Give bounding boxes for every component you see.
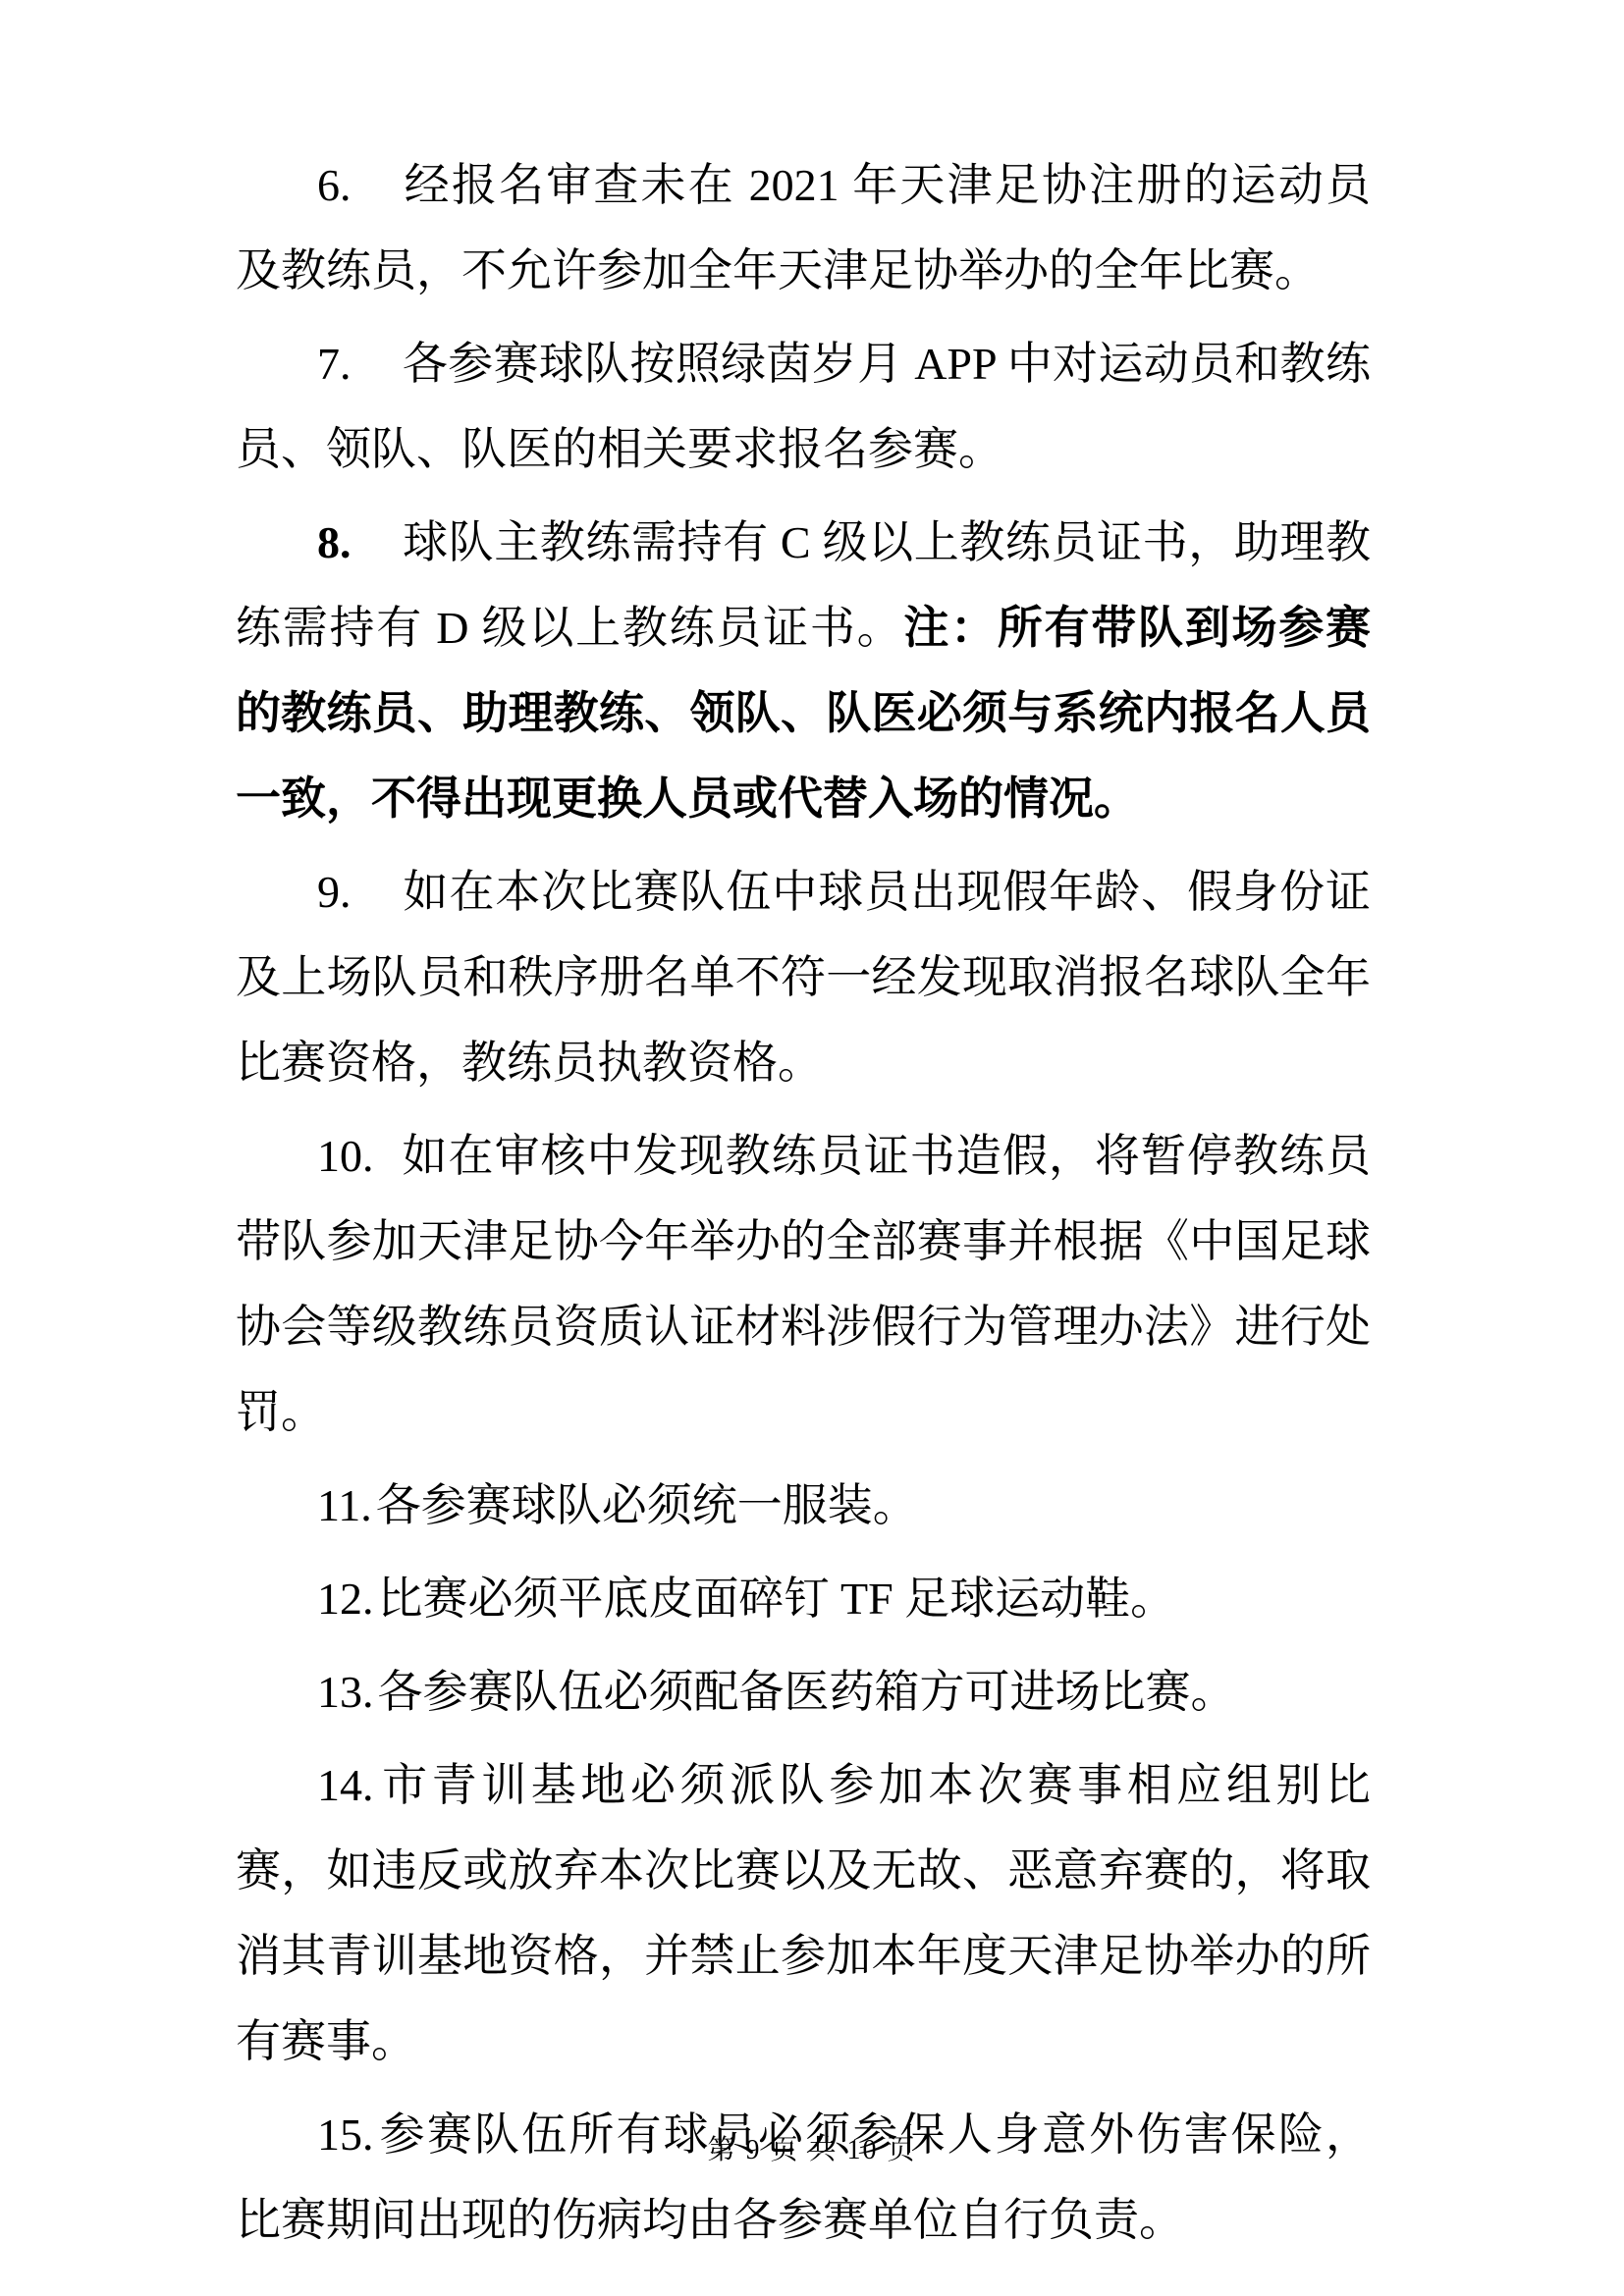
item-number-9: 9. [317,867,352,917]
document-body: 6.经报名审查未在 2021 年天津足协注册的运动员及教练员，不允许参加全年天津… [0,0,1624,2263]
paragraph-8: 8.球队主教练需持有 C 级以上教练员证书，助理教练需持有 D 级以上教练员证书… [236,500,1371,841]
item-number-14: 14. [317,1760,374,1810]
item-number-6: 6. [317,160,352,210]
paragraph-14: 14.市青训基地必须派队参加本次赛事相应组别比赛，如违反或放弃本次比赛以及无故、… [236,1742,1371,2084]
item-text-12: 比赛必须平底皮面碎钉 TF 足球运动鞋。 [378,1574,1176,1624]
item-text-11: 各参赛球队必须统一服装。 [376,1480,918,1530]
paragraph-15: 15.参赛队伍所有球员必须参保人身意外伤害保险，比赛期间出现的伤病均由各参赛单位… [236,2092,1371,2263]
paragraph-7: 7.各参赛球队按照绿茵岁月 APP 中对运动员和教练员、领队、队医的相关要求报名… [236,321,1371,492]
item-number-7: 7. [317,339,352,389]
page-footer: 第 9 页 共 10 页 [0,2128,1624,2167]
item-text-10: 如在审核中发现教练员证书造假，将暂停教练员带队参加天津足协今年举办的全部赛事并根… [236,1131,1371,1437]
item-number-13: 13. [317,1667,374,1717]
item-number-11: 11. [317,1480,372,1530]
item-text-7: 各参赛球队按照绿茵岁月 APP 中对运动员和教练员、领队、队医的相关要求报名参赛… [236,339,1371,474]
paragraph-11: 11.各参赛球队必须统一服装。 [236,1463,1371,1548]
item-number-8: 8. [317,517,352,567]
item-text-14: 市青训基地必须派队参加本次赛事相应组别比赛，如违反或放弃本次比赛以及无故、恶意弃… [236,1760,1371,2066]
paragraph-9: 9.如在本次比赛队伍中球员出现假年龄、假身份证及上场队员和秩序册名单不符一经发现… [236,849,1371,1105]
item-text-6: 经报名审查未在 2021 年天津足协注册的运动员及教练员，不允许参加全年天津足协… [236,160,1371,295]
page-number-text: 第 9 页 共 10 页 [707,2135,916,2165]
item-number-12: 12. [317,1574,374,1624]
paragraph-12: 12.比赛必须平底皮面碎钉 TF 足球运动鞋。 [236,1556,1371,1641]
item-number-10: 10. [317,1131,374,1181]
item-text-13: 各参赛队伍必须配备医药箱方可进场比赛。 [378,1667,1236,1717]
item-text-9: 如在本次比赛队伍中球员出现假年龄、假身份证及上场队员和秩序册名单不符一经发现取消… [236,867,1371,1088]
document-page: 6.经报名审查未在 2021 年天津足协注册的运动员及教练员，不允许参加全年天津… [0,0,1624,2296]
paragraph-6: 6.经报名审查未在 2021 年天津足协注册的运动员及教练员，不允许参加全年天津… [236,142,1371,313]
paragraph-13: 13.各参赛队伍必须配备医药箱方可进场比赛。 [236,1649,1371,1735]
paragraph-10: 10.如在审核中发现教练员证书造假，将暂停教练员带队参加天津足协今年举办的全部赛… [236,1113,1371,1455]
